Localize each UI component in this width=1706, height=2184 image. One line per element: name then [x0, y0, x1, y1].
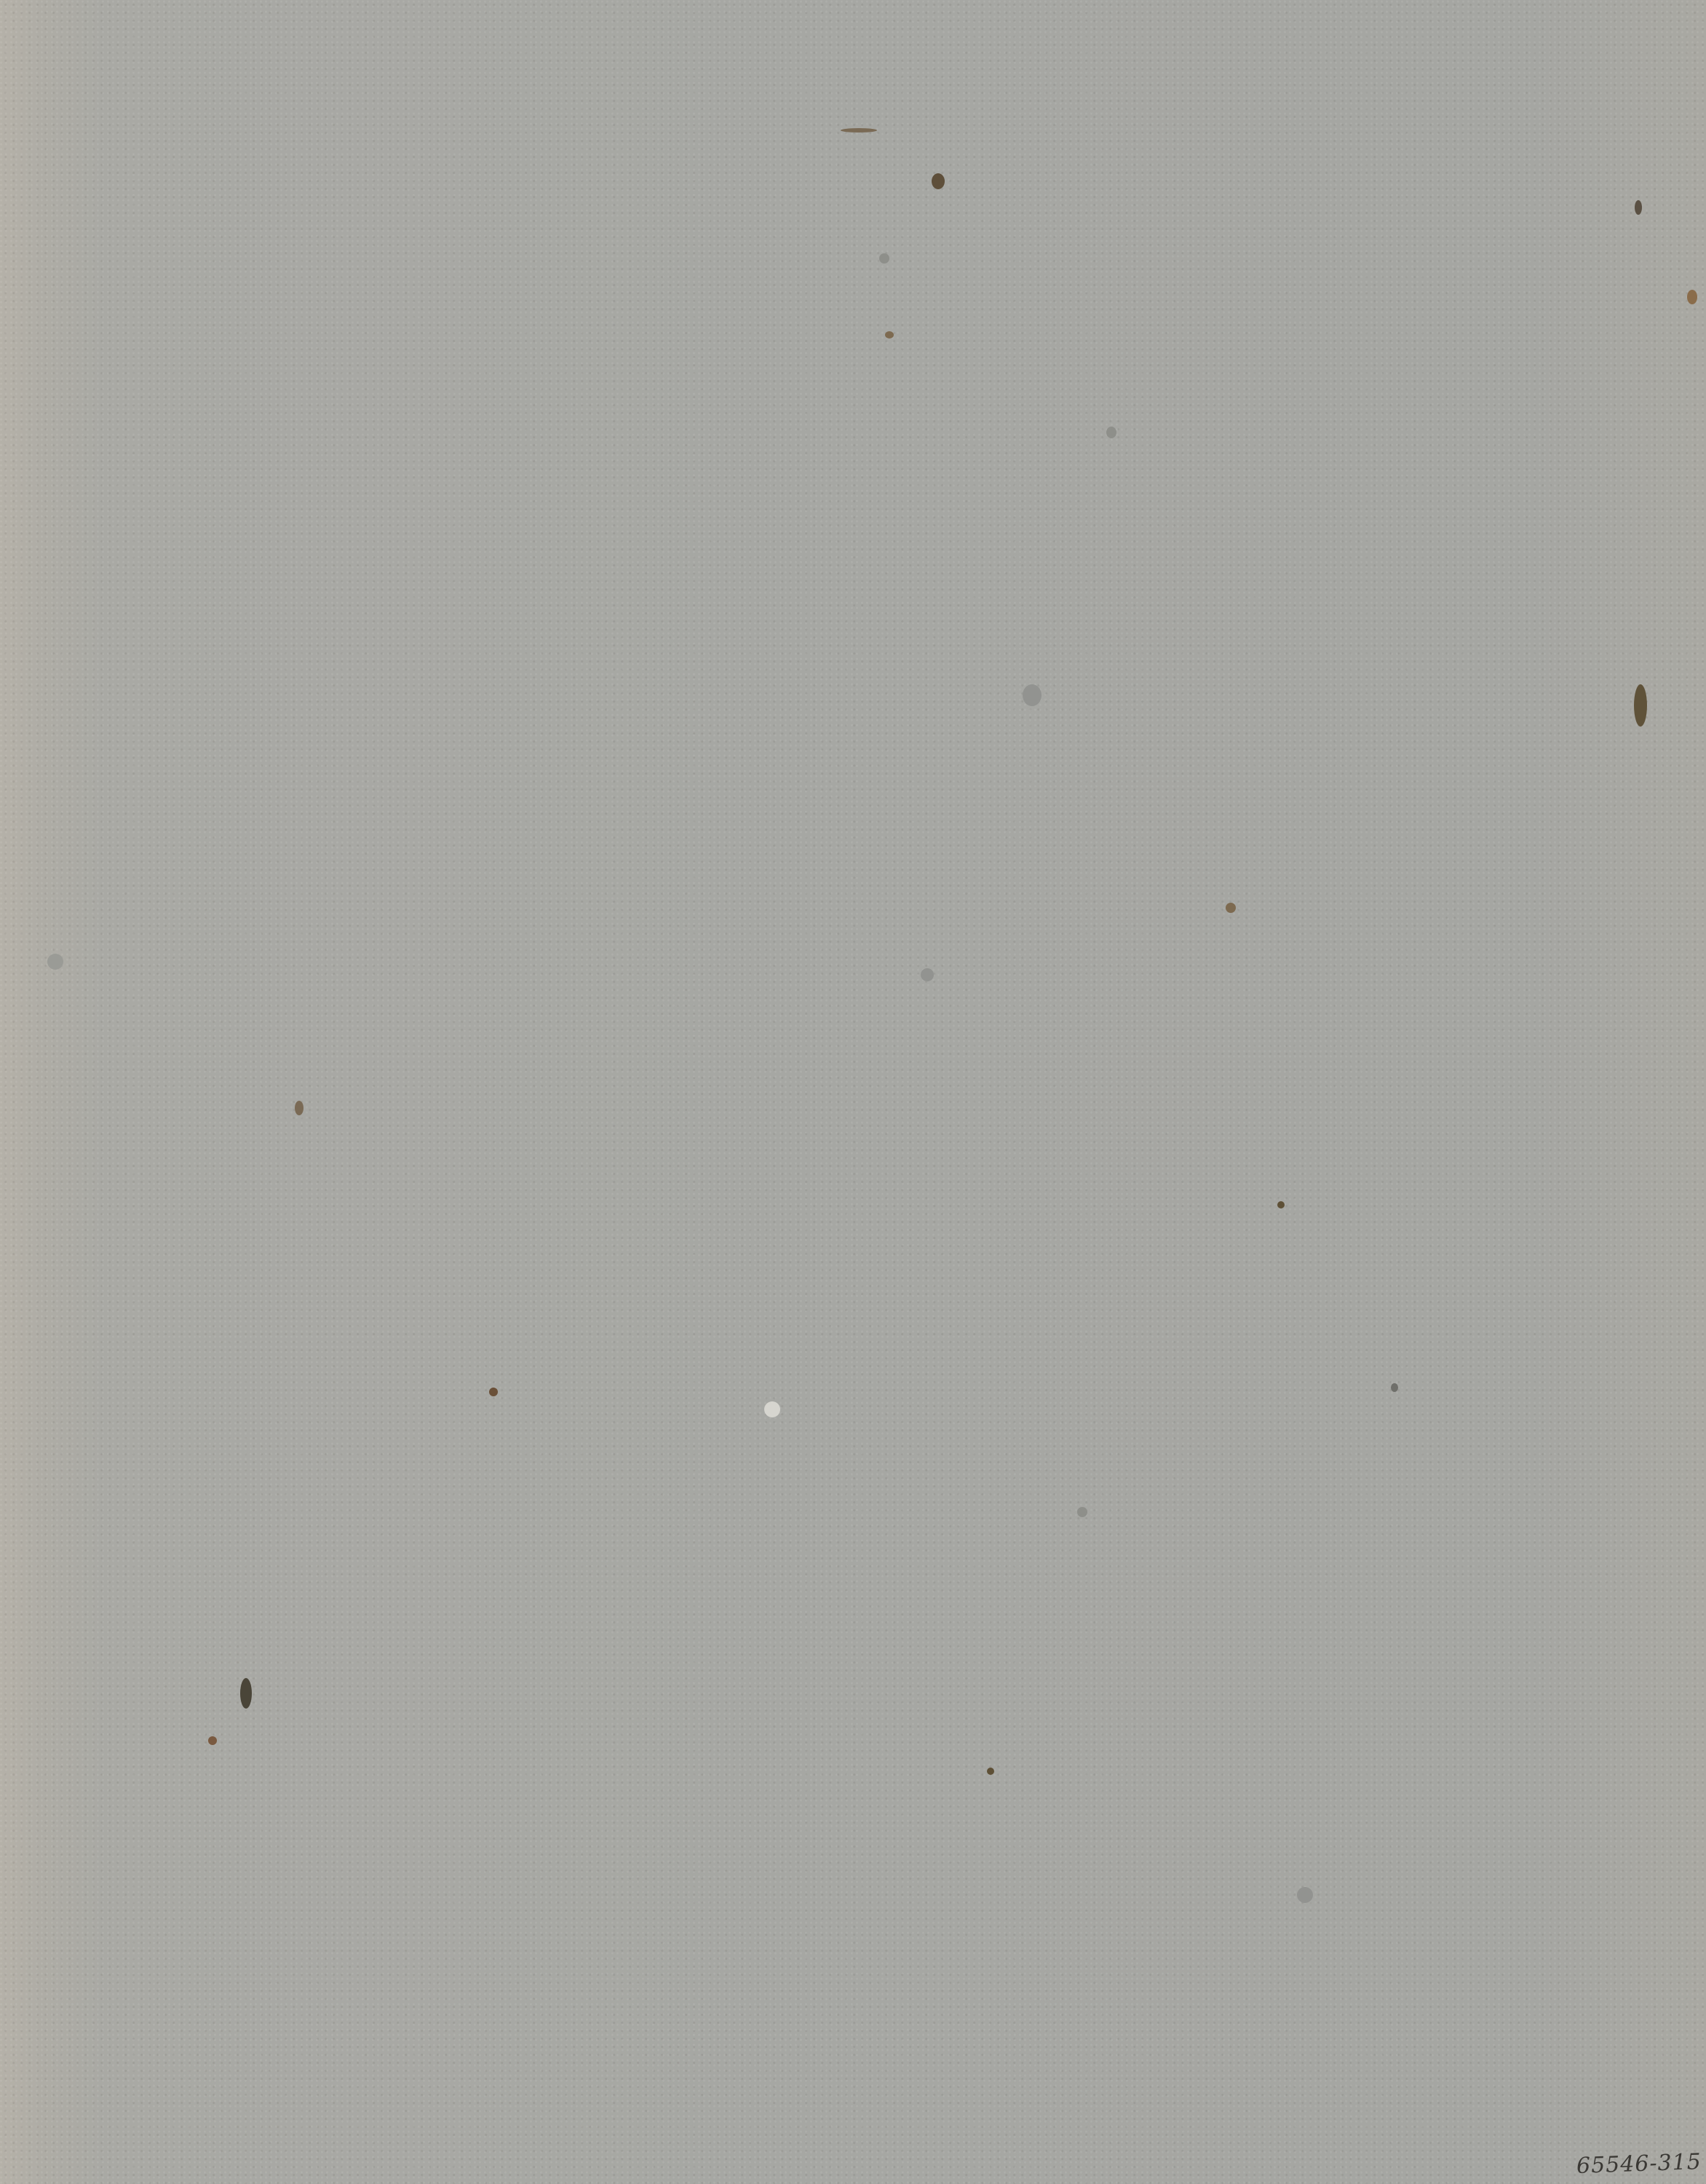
paper-speck	[1277, 1201, 1285, 1208]
paper-speck	[1634, 684, 1647, 727]
paper-speck	[1687, 290, 1697, 304]
paper-speck	[47, 954, 63, 970]
handwritten-catalog-number: 65546-315	[1576, 2149, 1702, 2179]
paper-speck	[1226, 903, 1236, 913]
paper-speck	[295, 1101, 303, 1115]
paper-speck	[1635, 200, 1642, 215]
paper-speck	[987, 1768, 994, 1775]
paper-speck	[240, 1678, 252, 1709]
paper-speck	[1391, 1383, 1398, 1392]
paper-speck	[1297, 1887, 1313, 1903]
paper-grain-texture	[0, 0, 1706, 2184]
paper-speck	[489, 1388, 498, 1396]
paper-speck	[921, 968, 934, 981]
paper-speck	[841, 128, 877, 132]
paper-speck	[1023, 684, 1042, 706]
paper-speck	[1077, 1507, 1087, 1517]
paper-speck	[932, 173, 945, 189]
paper-speck	[764, 1401, 780, 1417]
paper-speck	[879, 253, 889, 264]
paper-speck	[885, 331, 894, 339]
paper-sheet: 65546-315	[0, 0, 1706, 2184]
paper-speck	[1106, 427, 1116, 438]
paper-speck	[208, 1736, 217, 1745]
